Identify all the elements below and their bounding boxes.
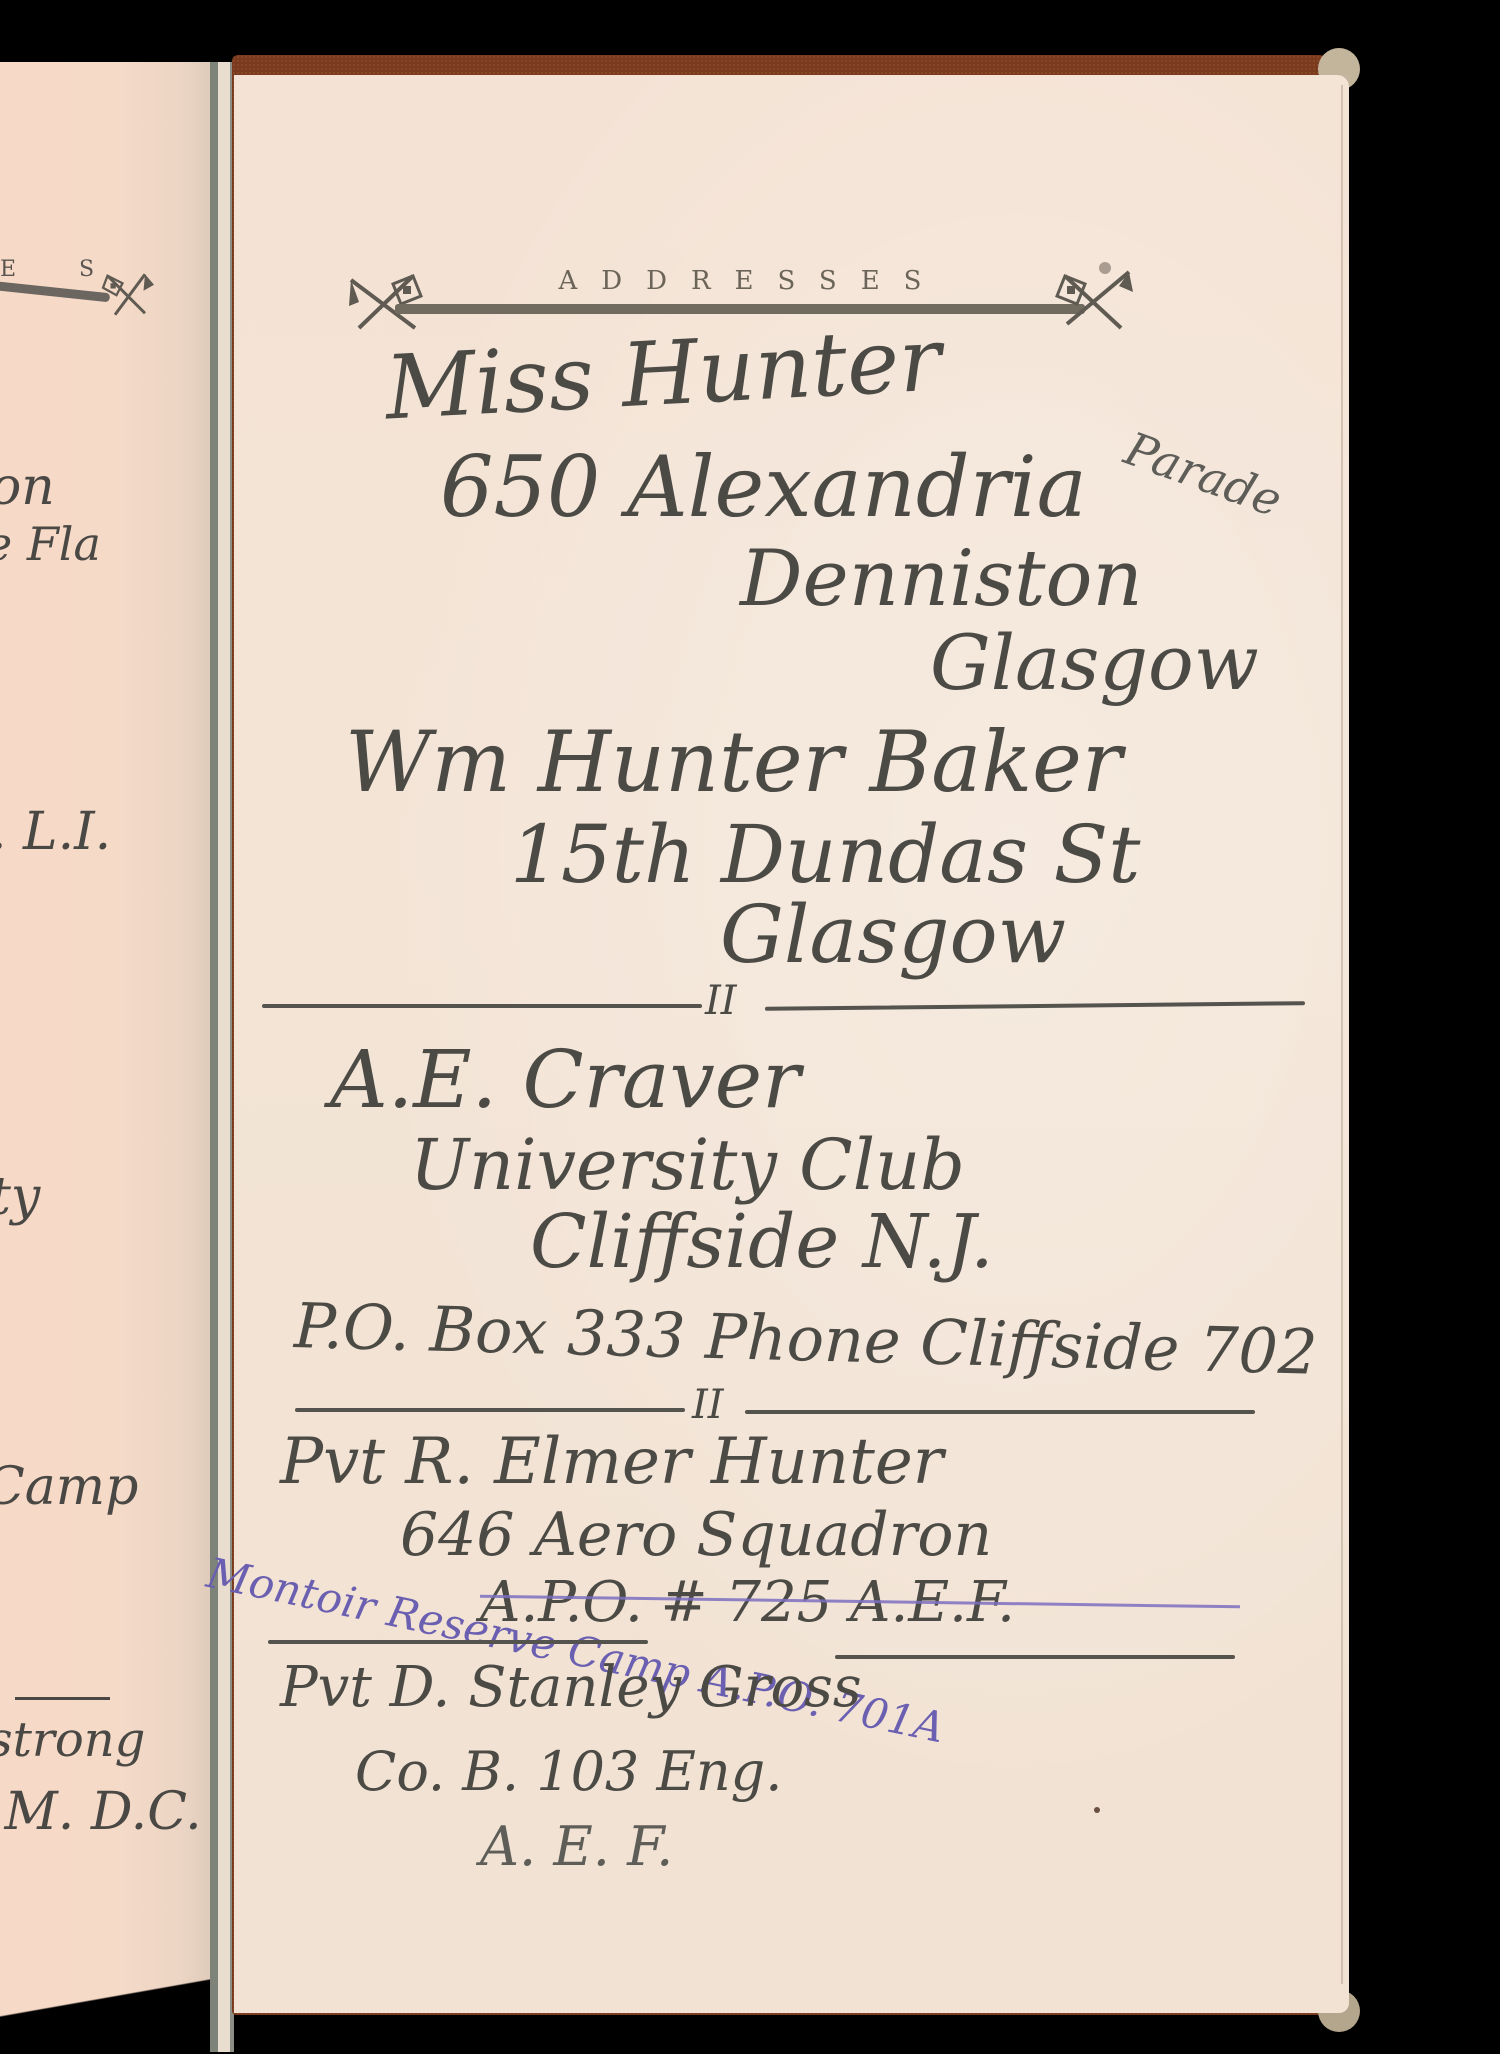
left-underline xyxy=(15,1697,110,1700)
ink-speck xyxy=(1094,1807,1100,1813)
entry-name: Pvt D. Stanley Gross xyxy=(280,1660,862,1716)
header-rule xyxy=(395,304,1085,314)
page-title: ADDRESSES xyxy=(345,266,1135,296)
left-fragment: strong xyxy=(0,1712,145,1768)
crossed-flags-icon xyxy=(1055,262,1135,332)
entry-aef: A. E. F. xyxy=(480,1820,673,1874)
entry-street: 15th Dundas St xyxy=(510,815,1140,895)
entry-name: A.E. Craver xyxy=(330,1040,800,1120)
entry-city: Glasgow xyxy=(930,625,1259,701)
entry-city: Glasgow xyxy=(720,895,1066,975)
entry-street: University Club xyxy=(410,1130,965,1200)
page-edge xyxy=(1341,85,1343,1984)
left-fragment: .M. D.C. xyxy=(0,1782,202,1842)
left-fragment: on xyxy=(0,457,55,517)
left-page-header-rule xyxy=(0,281,110,302)
left-fragment: ty xyxy=(0,1167,40,1227)
entry-city: Cliffside N.J. xyxy=(530,1205,994,1279)
left-fragment: . L.I. xyxy=(0,802,111,862)
entry-unit: Co. B. 103 Eng. xyxy=(355,1745,782,1799)
entry-street: 650 Alexandria xyxy=(440,445,1087,529)
entry-name: Wm Hunter Baker xyxy=(345,720,1122,804)
crossed-flags-icon xyxy=(100,267,160,322)
left-fragment: e Fla xyxy=(0,517,101,571)
gutter-line xyxy=(210,62,218,2052)
left-facing-page: E S on e Fla . L.I. ty Camp strong .M. D… xyxy=(0,62,212,2054)
left-fragment: Camp xyxy=(0,1457,138,1517)
entry-name: Pvt R. Elmer Hunter xyxy=(280,1430,943,1494)
entry-district: Denniston xyxy=(740,540,1143,618)
entry-unit: 646 Aero Squadron xyxy=(400,1505,992,1565)
